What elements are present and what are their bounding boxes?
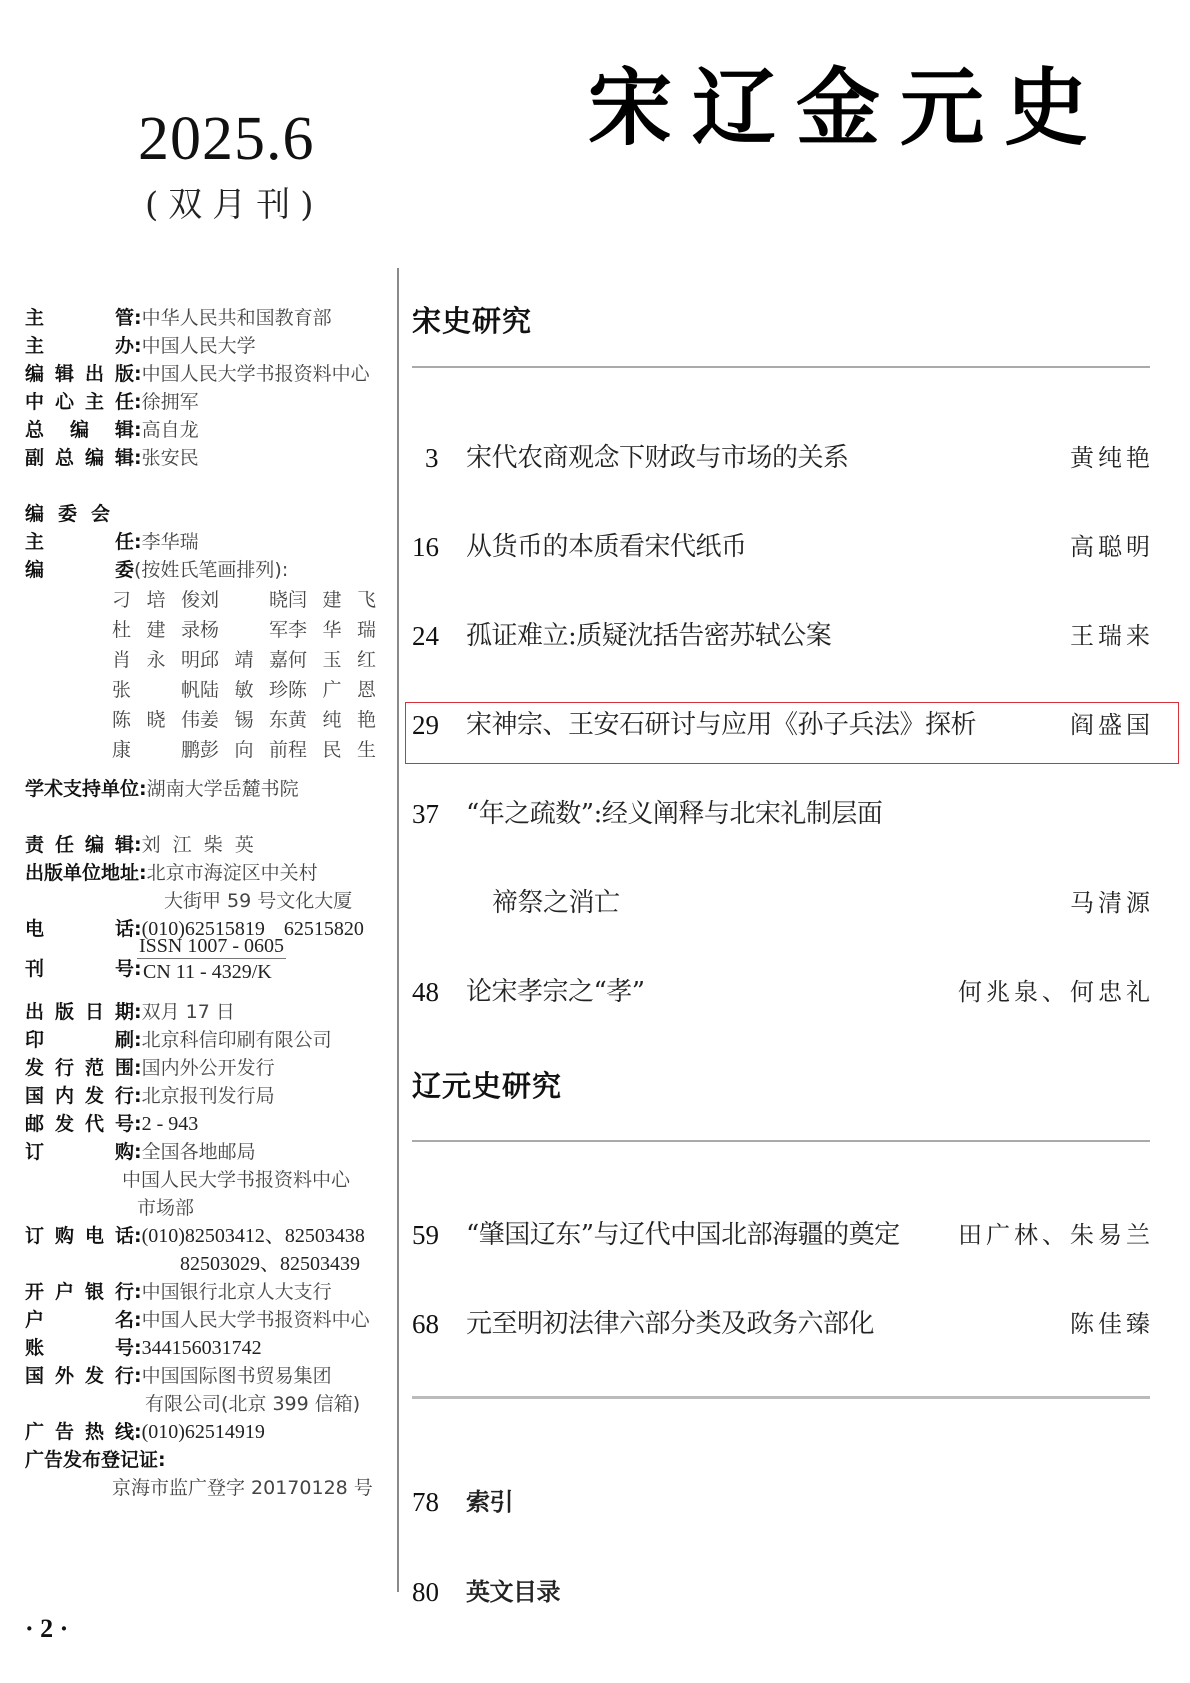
journal-title: 宋辽金元史 (588, 66, 1108, 150)
masthead-value: 中国国际图书贸易集团 (142, 1365, 332, 1387)
toc-article-title: 孤证难立:质疑沈括告密苏轼公案 (466, 616, 831, 656)
toc-appendix-title: 英文目录 (466, 1572, 560, 1612)
issue-number: 2025.6 (138, 108, 315, 170)
issn: ISSN 1007 - 0605 (137, 935, 286, 959)
toc-page-number: 16 (412, 527, 460, 567)
masthead-row: 主办:中国人民大学 (25, 334, 256, 358)
masthead-value: 北京报刊发行局 (142, 1085, 275, 1107)
toc-entry[interactable]: 68 元至明初法律六部分类及政务六部化 陈佳臻 (412, 1304, 1150, 1344)
toc-author: 阎盛国 (1070, 705, 1154, 745)
masthead-label: 印刷 (25, 1028, 134, 1052)
masthead-label: 学术支持单位 (25, 777, 139, 801)
masthead-label: 总编辑 (25, 418, 134, 442)
board-members-grid: 刁培俊刘 晓闫建飞 杜建录杨 军李华瑞 肖永明邱靖嘉何玉红 张 帆陆敏珍陈广恩 … (112, 588, 382, 768)
toc-entry[interactable]: 48 论宋孝宗之“孝” 何兆泉、何忠礼 (412, 972, 1150, 1012)
masthead-label: 中心主任 (25, 390, 134, 414)
overseas-distribution-row: 国外发行:中国国际图书贸易集团 (25, 1364, 332, 1388)
masthead-label: 编委 (25, 558, 134, 582)
column-divider (397, 268, 399, 1592)
masthead-label: 主任 (25, 530, 134, 554)
toc-entry-continuation[interactable]: 禘祭之消亡 马清源 (412, 883, 1150, 923)
subscription-line3: 市场部 (137, 1196, 194, 1220)
masthead-value: 高自龙 (142, 419, 199, 441)
toc-appendix-entry[interactable]: 78 索引 (412, 1482, 1150, 1522)
masthead-label: 发行范围 (25, 1056, 134, 1080)
masthead-value: 李华瑞 (142, 531, 199, 553)
serial-row: 刊号: (25, 957, 142, 981)
masthead-value: 徐拥军 (142, 391, 199, 413)
masthead-row: 编辑出版:中国人民大学书报资料中心 (25, 362, 370, 386)
toc-article-title: 宋神宗、王安石研讨与应用《孙子兵法》探析 (466, 705, 976, 745)
board-member-row: 张 帆陆敏珍陈广恩 (112, 678, 382, 708)
board-member: 张 帆 (112, 678, 200, 708)
toc-page-number: 48 (412, 972, 460, 1012)
masthead-label: 副总编辑 (25, 446, 134, 470)
account-name-row: 户名:中国人民大学书报资料中心 (25, 1308, 370, 1332)
responsible-editor-row: 责任编辑:刘 江 柴 英 (25, 833, 257, 857)
toc-page-number: 29 (412, 705, 460, 745)
toc-entry[interactable]: 37 “年之疏数”:经义阐释与北宋礼制层面 (412, 794, 1150, 834)
masthead-label: 刊号 (25, 957, 134, 981)
masthead-label: 户名 (25, 1308, 134, 1332)
masthead-label: 主办 (25, 334, 134, 358)
masthead-value: (按姓氏笔画排列): (134, 559, 288, 581)
masthead-value: 中华人民共和国教育部 (142, 307, 332, 329)
editorial-board-heading: 编委会 (25, 502, 124, 526)
subscription-phone-line2: 82503029、82503439 (180, 1252, 360, 1276)
toc-entry[interactable]: 3 宋代农商观念下财政与市场的关系 黄纯艳 (412, 438, 1150, 478)
distribution-scope-row: 发行范围:国内外公开发行 (25, 1056, 275, 1080)
masthead-value: (010)62514919 (142, 1421, 265, 1443)
account-number-row: 账号:344156031742 (25, 1336, 262, 1360)
masthead-label: 账号 (25, 1336, 134, 1360)
academic-support-row: 学术支持单位:湖南大学岳麓书院 (25, 777, 299, 801)
postal-code-row: 邮发代号:2 - 943 (25, 1112, 198, 1136)
board-member: 李华瑞 (288, 618, 376, 648)
masthead-label: 出版日期 (25, 1000, 134, 1024)
masthead-value: 2 - 943 (142, 1113, 199, 1135)
masthead-row: 主管:中华人民共和国教育部 (25, 306, 332, 330)
toc-article-title: 从货币的本质看宋代纸币 (466, 527, 747, 567)
toc-article-title: 宋代农商观念下财政与市场的关系 (466, 438, 849, 478)
publication-frequency: (双月刊) (145, 188, 324, 222)
board-member: 肖永明 (112, 648, 200, 678)
masthead-label: 主管 (25, 306, 134, 330)
masthead-value: 中国人民大学书报资料中心 (142, 363, 370, 385)
toc-entry[interactable]: 16 从货币的本质看宋代纸币 高聪明 (412, 527, 1150, 567)
section-title-liao-yuan-history: 辽元史研究 (412, 1072, 562, 1101)
page-number: · 2 · (25, 1614, 68, 1644)
masthead-value: (010)82503412、82503438 (142, 1225, 365, 1247)
masthead-value: 国内外公开发行 (142, 1057, 275, 1079)
toc-author: 王瑞来 (1070, 616, 1154, 656)
masthead-value: 刘 江 柴 英 (142, 834, 257, 856)
toc-appendix-entry[interactable]: 80 英文目录 (412, 1572, 1150, 1612)
address-line2: 大街甲 59 号文化大厦 (164, 889, 352, 913)
masthead-label: 责任编辑 (25, 833, 134, 857)
toc-page-number: 24 (412, 616, 460, 656)
pub-date-row: 出版日期:双月 17 日 (25, 1000, 235, 1024)
masthead-row: 中心主任:徐拥军 (25, 390, 199, 414)
masthead-label: 国内发行 (25, 1084, 134, 1108)
masthead-value: 北京科信印刷有限公司 (142, 1029, 332, 1051)
toc-article-title: 元至明初法律六部分类及政务六部化 (466, 1304, 874, 1344)
board-member-row: 杜建录杨 军李华瑞 (112, 618, 382, 648)
subscription-line2: 中国人民大学书报资料中心 (122, 1168, 350, 1192)
masthead-value: 全国各地邮局 (142, 1141, 256, 1163)
address-row: 出版单位地址:北京市海淀区中关村 (25, 861, 318, 885)
masthead-label: 订购电话 (25, 1224, 134, 1248)
board-member: 康 鹏 (112, 738, 200, 768)
masthead-value: 张安民 (142, 447, 199, 469)
domestic-distribution-row: 国内发行:北京报刊发行局 (25, 1084, 275, 1108)
masthead-value: 中国人民大学书报资料中心 (142, 1309, 370, 1331)
masthead-row: 总编辑:高自龙 (25, 418, 199, 442)
toc-author: 何兆泉、何忠礼 (958, 972, 1154, 1012)
board-member: 闫建飞 (288, 588, 376, 618)
subscription-row: 订购:全国各地邮局 (25, 1140, 256, 1164)
board-member: 黄纯艳 (288, 708, 376, 738)
toc-author: 田广林、朱易兰 (958, 1215, 1154, 1255)
section-title-song-history: 宋史研究 (412, 307, 532, 336)
masthead-value: 湖南大学岳麓书院 (147, 778, 299, 800)
board-member-row: 刁培俊刘 晓闫建飞 (112, 588, 382, 618)
ad-license-value: 京海市监广登字 20170128 号 (112, 1476, 373, 1500)
board-member-row: 康 鹏彭向前程民生 (112, 738, 382, 768)
board-member: 杨 军 (200, 618, 288, 648)
masthead-row: 副总编辑:张安民 (25, 446, 199, 470)
board-member: 陈晓伟 (112, 708, 200, 738)
toc-author: 马清源 (1070, 883, 1154, 923)
masthead-label: 邮发代号 (25, 1112, 134, 1136)
masthead-label: 广告热线 (25, 1420, 134, 1444)
toc-article-title: “肇国辽东”与辽代中国北部海疆的奠定 (466, 1215, 900, 1255)
subscription-phone-row: 订购电话:(010)82503412、82503438 (25, 1224, 365, 1248)
appendix-rule (412, 1396, 1150, 1399)
toc-entry[interactable]: 24 孤证难立:质疑沈括告密苏轼公案 王瑞来 (412, 616, 1150, 656)
board-member: 姜锡东 (200, 708, 288, 738)
masthead-label: 订购 (25, 1140, 134, 1164)
board-member: 陈广恩 (288, 678, 376, 708)
masthead-label: 广告发布登记证 (25, 1448, 158, 1472)
board-member-row: 陈晓伟姜锡东黄纯艳 (112, 708, 382, 738)
ad-hotline-row: 广告热线:(010)62514919 (25, 1420, 265, 1444)
board-director-row: 主任:李华瑞 (25, 530, 199, 554)
toc-article-title: “年之疏数”:经义阐释与北宋礼制层面 (466, 794, 882, 834)
section-rule (412, 1140, 1150, 1142)
board-members-row: 编委(按姓氏笔画排列): (25, 558, 288, 582)
board-member: 陆敏珍 (200, 678, 288, 708)
toc-page-number: 80 (412, 1572, 460, 1612)
masthead-value: 中国银行北京人大支行 (142, 1281, 332, 1303)
masthead-label: 国外发行 (25, 1364, 134, 1388)
bank-row: 开户银行:中国银行北京人大支行 (25, 1280, 332, 1304)
masthead-label: 出版单位地址 (25, 861, 139, 885)
toc-page-number: 78 (412, 1482, 460, 1522)
toc-article-title: 论宋孝宗之“孝” (466, 972, 645, 1012)
masthead-value: 双月 17 日 (142, 1001, 235, 1023)
masthead-label: 电话 (25, 917, 134, 941)
board-member-row: 肖永明邱靖嘉何玉红 (112, 648, 382, 678)
masthead-value: 344156031742 (142, 1337, 262, 1359)
masthead-label: 开户银行 (25, 1280, 134, 1304)
toc-entry-highlighted[interactable]: 29 宋神宗、王安石研讨与应用《孙子兵法》探析 阎盛国 (412, 705, 1150, 745)
toc-author: 高聪明 (1070, 527, 1154, 567)
cn-number: CN 11 - 4329/K (137, 959, 286, 984)
toc-page-number: 37 (412, 794, 460, 834)
toc-page-number: 59 (412, 1215, 460, 1255)
board-member: 彭向前 (200, 738, 288, 768)
masthead-label: 编辑出版 (25, 362, 134, 386)
toc-article-title-continued: 禘祭之消亡 (492, 883, 620, 923)
board-member: 刘 晓 (200, 588, 288, 618)
board-member: 程民生 (288, 738, 376, 768)
ad-license-row: 广告发布登记证: (25, 1448, 166, 1472)
masthead-value: 北京市海淀区中关村 (147, 862, 318, 884)
board-member: 杜建录 (112, 618, 200, 648)
toc-page-number: 68 (412, 1304, 460, 1344)
board-member: 邱靖嘉 (200, 648, 288, 678)
toc-author: 陈佳臻 (1070, 1304, 1154, 1344)
serial-number: ISSN 1007 - 0605 CN 11 - 4329/K (137, 935, 286, 984)
masthead-value: 中国人民大学 (142, 335, 256, 357)
section-rule (412, 366, 1150, 368)
printer-row: 印刷:北京科信印刷有限公司 (25, 1028, 332, 1052)
toc-entry[interactable]: 59 “肇国辽东”与辽代中国北部海疆的奠定 田广林、朱易兰 (412, 1215, 1150, 1255)
toc-author: 黄纯艳 (1070, 438, 1154, 478)
overseas-distribution-line2: 有限公司(北京 399 信箱) (145, 1392, 360, 1416)
board-member: 何玉红 (288, 648, 376, 678)
board-member: 刁培俊 (112, 588, 200, 618)
toc-appendix-title: 索引 (466, 1482, 513, 1522)
